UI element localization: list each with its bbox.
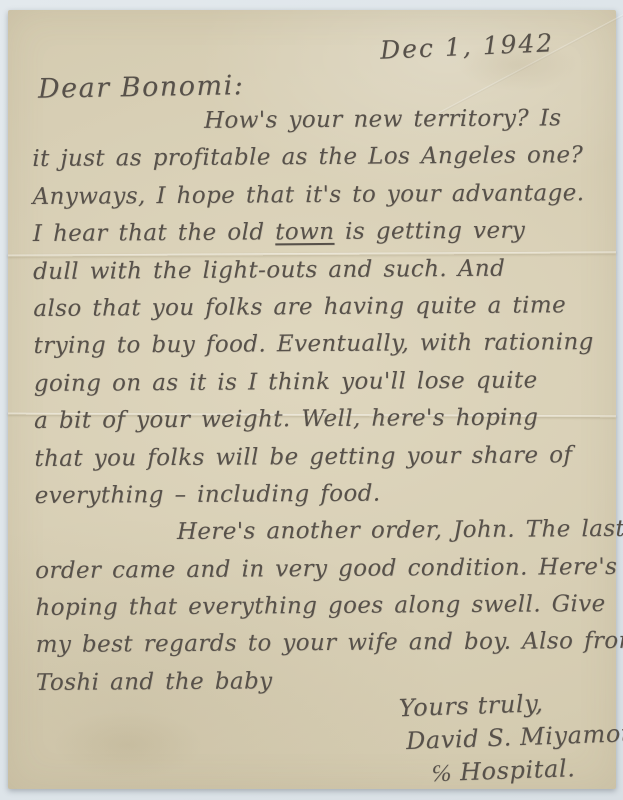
line-fragment: is getting very — [334, 218, 525, 245]
body-line: my best regards to your wife and boy. Al… — [36, 623, 611, 664]
paper-stain — [28, 700, 228, 790]
body-line: I hear that the old town is getting very — [33, 212, 608, 253]
body-line: it just as profitable as the Los Angeles… — [32, 137, 607, 178]
salutation: Dear Bonomi: — [38, 70, 245, 105]
closing-block: Yours truly, David S. Miyamoto ℅ Hospita… — [398, 684, 623, 792]
line-fragment: I hear that the old — [33, 219, 276, 247]
body-line: How's your new territory? Is — [32, 100, 607, 141]
body-line: Here's another order, John. The last — [35, 511, 610, 552]
body-line: order came and in very good condition. H… — [35, 549, 610, 590]
body-line: a bit of your weight. Well, here's hopin… — [34, 399, 609, 440]
body-line: everything – including food. — [35, 474, 610, 515]
body-line: that you folks will be getting your shar… — [34, 437, 609, 478]
body-line: going on as it is I think you'll lose qu… — [34, 362, 609, 403]
letter-page: Dec 1, 1942 Dear Bonomi: How's your new … — [8, 10, 616, 789]
body-line: also that you folks are having quite a t… — [33, 287, 608, 328]
underlined-word: town — [275, 219, 334, 245]
body-line: Anyways, I hope that it's to your advant… — [32, 175, 607, 216]
letter-body: How's your new territory? Is it just as … — [32, 100, 611, 702]
scan-background: Dec 1, 1942 Dear Bonomi: How's your new … — [0, 0, 623, 800]
body-line: trying to buy food. Eventually, with rat… — [33, 324, 608, 365]
body-line: hoping that everything goes along swell.… — [35, 586, 610, 627]
body-line: dull with the light-outs and such. And — [33, 250, 608, 291]
